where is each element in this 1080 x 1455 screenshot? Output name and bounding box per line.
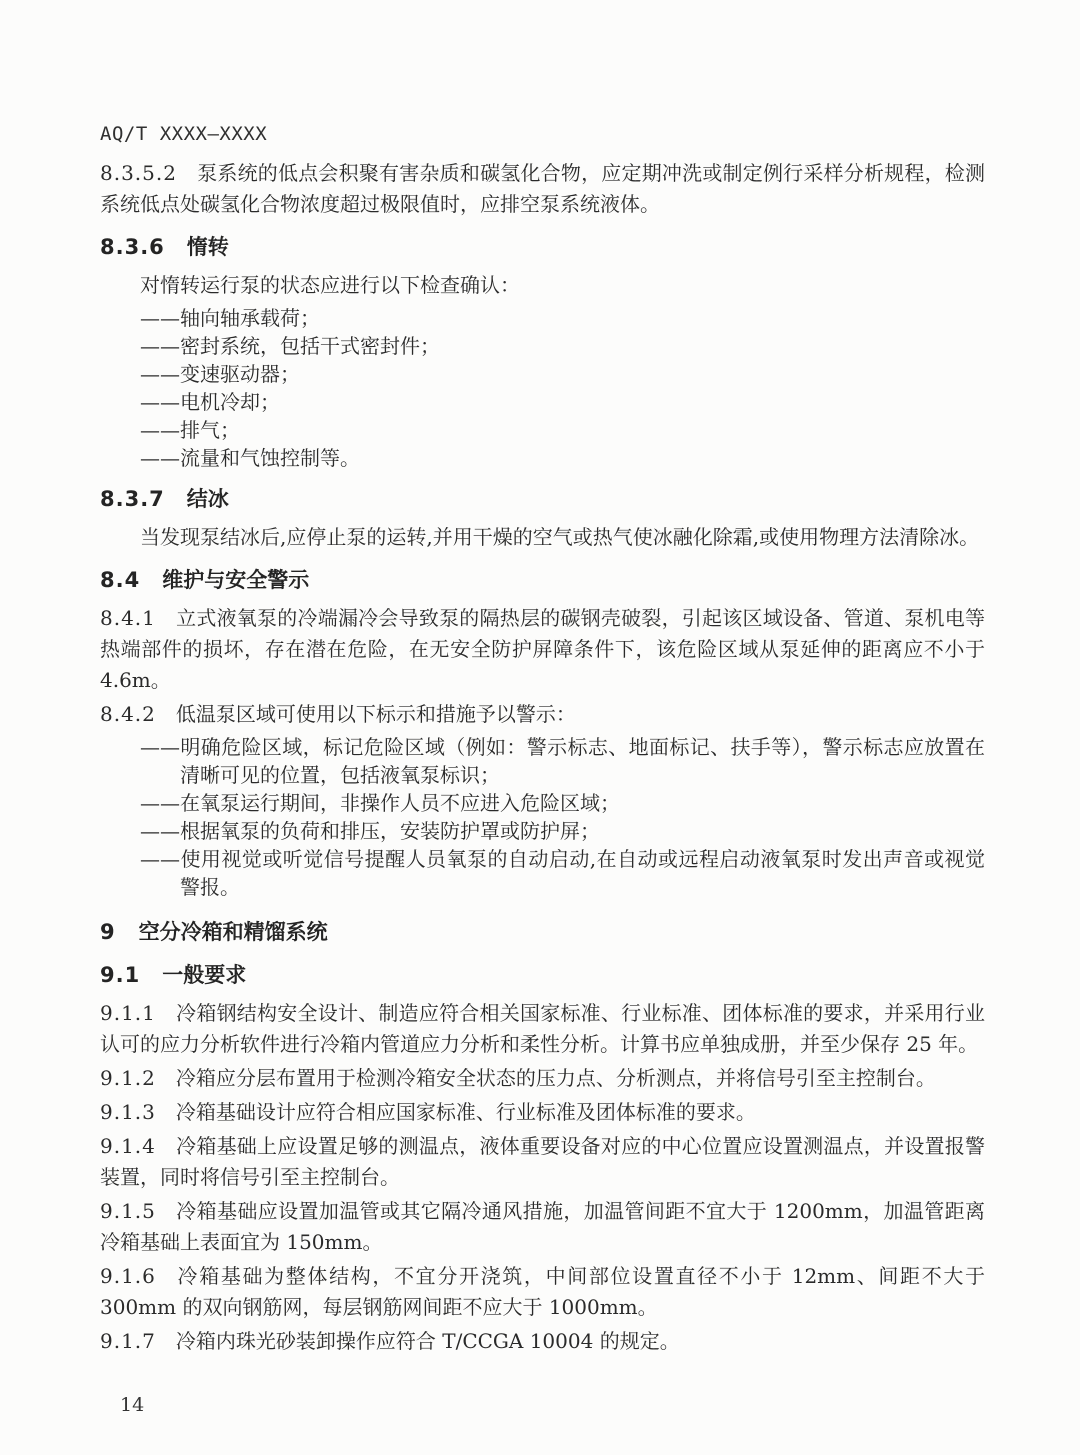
- paragraph-text: 当发现泵结冰后,应停止泵的运转,并用干燥的空气或热气使冰融化除霜,或使用物理方法…: [140, 525, 979, 549]
- heading-8-3-6: 8.3.6惰转: [100, 232, 985, 262]
- clause-8-4-2: 8.4.2低温泵区域可使用以下标示和措施予以警示：: [100, 699, 985, 730]
- clause-text: 泵系统的低点会积聚有害杂质和碳氢化合物，应定期冲洗或制定例行采样分析规程，检测系…: [100, 161, 985, 216]
- page-number: 14: [120, 1394, 144, 1416]
- clause-number: 8.4.2: [100, 702, 176, 726]
- heading-text: 惰转: [187, 235, 229, 259]
- paragraph-text: 对惰转运行泵的状态应进行以下检查确认：: [140, 273, 520, 297]
- clause-number: 8.4.1: [100, 606, 176, 630]
- list-item-text: 变速驱动器；: [180, 362, 300, 386]
- clause-9-1-2: 9.1.2冷箱应分层布置用于检测冷箱安全状态的压力点、分析测点，并将信号引至主控…: [100, 1063, 985, 1094]
- dash-marker: ——: [140, 306, 180, 330]
- chapter-number: 9: [100, 920, 139, 944]
- list-item-text: 在氧泵运行期间，非操作人员不应进入危险区域；: [180, 791, 620, 815]
- clause-text: 冷箱应分层布置用于检测冷箱安全状态的压力点、分析测点，并将信号引至主控制台。: [176, 1066, 936, 1090]
- list-item: ——在氧泵运行期间，非操作人员不应进入危险区域；: [100, 789, 985, 817]
- list-item-text: 明确危险区域，标记危险区域（例如：警示标志、地面标记、扶手等），警示标志应放置在…: [180, 735, 985, 787]
- document-page: AQ/T XXXX—XXXX 8.3.5.2泵系统的低点会积聚有害杂质和碳氢化合…: [0, 0, 1080, 1455]
- heading-8-3-7: 8.3.7结冰: [100, 484, 985, 514]
- clause-number: 8.3.5.2: [100, 161, 197, 185]
- list-item: ——明确危险区域，标记危险区域（例如：警示标志、地面标记、扶手等），警示标志应放…: [100, 733, 985, 789]
- clause-text: 立式液氧泵的冷端漏冷会导致泵的隔热层的碳钢壳破裂，引起该区域设备、管道、泵机电等…: [100, 606, 985, 692]
- document-body: 8.3.5.2泵系统的低点会积聚有害杂质和碳氢化合物，应定期冲洗或制定例行采样分…: [100, 158, 985, 1357]
- dash-marker: ——: [140, 418, 180, 442]
- heading-text: 维护与安全警示: [162, 568, 309, 592]
- clause-text: 冷箱基础上应设置足够的测温点，液体重要设备对应的中心位置应设置测温点，并设置报警…: [100, 1134, 985, 1189]
- list-item: ——使用视觉或听觉信号提醒人员氧泵的自动启动,在自动或远程启动液氧泵时发出声音或…: [100, 845, 985, 901]
- heading-8-4: 8.4维护与安全警示: [100, 565, 985, 595]
- clause-text: 冷箱钢结构安全设计、制造应符合相关国家标准、行业标准、团体标准的要求，并采用行业…: [100, 1001, 985, 1056]
- list-item-text: 根据氧泵的负荷和排压，安装防护罩或防护屏；: [180, 819, 600, 843]
- clause-9-1-5: 9.1.5冷箱基础应设置加温管或其它隔冷通风措施，加温管间距不宜大于 1200m…: [100, 1196, 985, 1258]
- dash-marker: ——: [140, 446, 180, 470]
- list-item-text: 流量和气蚀控制等。: [180, 446, 360, 470]
- standard-number: AQ/T XXXX—XXXX: [100, 123, 267, 145]
- clause-text: 低温泵区域可使用以下标示和措施予以警示：: [176, 702, 576, 726]
- heading-number: 8.3.6: [100, 235, 187, 259]
- clause-text: 冷箱基础应设置加温管或其它隔冷通风措施，加温管间距不宜大于 1200mm，加温管…: [100, 1199, 985, 1254]
- clause-number: 9.1.6: [100, 1264, 176, 1288]
- list-item: ——电机冷却；: [100, 388, 985, 416]
- clause-9-1-3: 9.1.3冷箱基础设计应符合相应国家标准、行业标准及团体标准的要求。: [100, 1097, 985, 1128]
- list-item: ——轴向轴承载荷；: [100, 304, 985, 332]
- clause-text: 冷箱基础为整体结构，不宜分开浇筑，中间部位设置直径不小于 12mm、间距不大于 …: [100, 1264, 985, 1319]
- clause-8-3-5-2: 8.3.5.2泵系统的低点会积聚有害杂质和碳氢化合物，应定期冲洗或制定例行采样分…: [100, 158, 985, 220]
- list-item-text: 密封系统，包括干式密封件；: [180, 334, 440, 358]
- list-item-text: 使用视觉或听觉信号提醒人员氧泵的自动启动,在自动或远程启动液氧泵时发出声音或视觉…: [180, 847, 985, 899]
- list-item: ——根据氧泵的负荷和排压，安装防护罩或防护屏；: [100, 817, 985, 845]
- clause-number: 9.1.4: [100, 1134, 176, 1158]
- clause-text: 冷箱内珠光砂装卸操作应符合 T/CCGA 10004 的规定。: [176, 1329, 680, 1353]
- heading-number: 8.4: [100, 568, 162, 592]
- clause-number: 9.1.3: [100, 1100, 176, 1124]
- list-item-text: 轴向轴承载荷；: [180, 306, 320, 330]
- intro-paragraph-8-3-6: 对惰转运行泵的状态应进行以下检查确认：: [100, 270, 985, 301]
- clause-number: 9.1.2: [100, 1066, 176, 1090]
- chapter-text: 空分冷箱和精馏系统: [139, 920, 328, 944]
- dash-marker: ——: [140, 362, 180, 386]
- dash-marker: ——: [140, 334, 180, 358]
- dash-marker: ——: [140, 847, 180, 871]
- list-item: ——变速驱动器；: [100, 360, 985, 388]
- list-item: ——流量和气蚀控制等。: [100, 444, 985, 472]
- clause-8-4-1: 8.4.1立式液氧泵的冷端漏冷会导致泵的隔热层的碳钢壳破裂，引起该区域设备、管道…: [100, 603, 985, 696]
- clause-9-1-1: 9.1.1冷箱钢结构安全设计、制造应符合相关国家标准、行业标准、团体标准的要求，…: [100, 998, 985, 1060]
- heading-number: 8.3.7: [100, 487, 187, 511]
- clause-number: 9.1.7: [100, 1329, 176, 1353]
- heading-9-1: 9.1一般要求: [100, 960, 985, 990]
- clause-9-1-6: 9.1.6冷箱基础为整体结构，不宜分开浇筑，中间部位设置直径不小于 12mm、间…: [100, 1261, 985, 1323]
- clause-number: 9.1.1: [100, 1001, 176, 1025]
- dash-marker: ——: [140, 735, 180, 759]
- clause-text: 冷箱基础设计应符合相应国家标准、行业标准及团体标准的要求。: [176, 1100, 756, 1124]
- chapter-heading-9: 9空分冷箱和精馏系统: [100, 917, 985, 947]
- heading-number: 9.1: [100, 963, 162, 987]
- dash-marker: ——: [140, 390, 180, 414]
- list-item-text: 排气；: [180, 418, 240, 442]
- dash-marker: ——: [140, 819, 180, 843]
- list-item: ——密封系统，包括干式密封件；: [100, 332, 985, 360]
- clause-9-1-7: 9.1.7冷箱内珠光砂装卸操作应符合 T/CCGA 10004 的规定。: [100, 1326, 985, 1357]
- running-header: AQ/T XXXX—XXXX: [100, 122, 985, 146]
- heading-text: 结冰: [187, 487, 229, 511]
- clause-9-1-4: 9.1.4冷箱基础上应设置足够的测温点，液体重要设备对应的中心位置应设置测温点，…: [100, 1131, 985, 1193]
- list-item-text: 电机冷却；: [180, 390, 280, 414]
- dash-marker: ——: [140, 791, 180, 815]
- list-item: ——排气；: [100, 416, 985, 444]
- clause-number: 9.1.5: [100, 1199, 176, 1223]
- heading-text: 一般要求: [162, 963, 246, 987]
- paragraph-8-3-7: 当发现泵结冰后,应停止泵的运转,并用干燥的空气或热气使冰融化除霜,或使用物理方法…: [100, 522, 985, 553]
